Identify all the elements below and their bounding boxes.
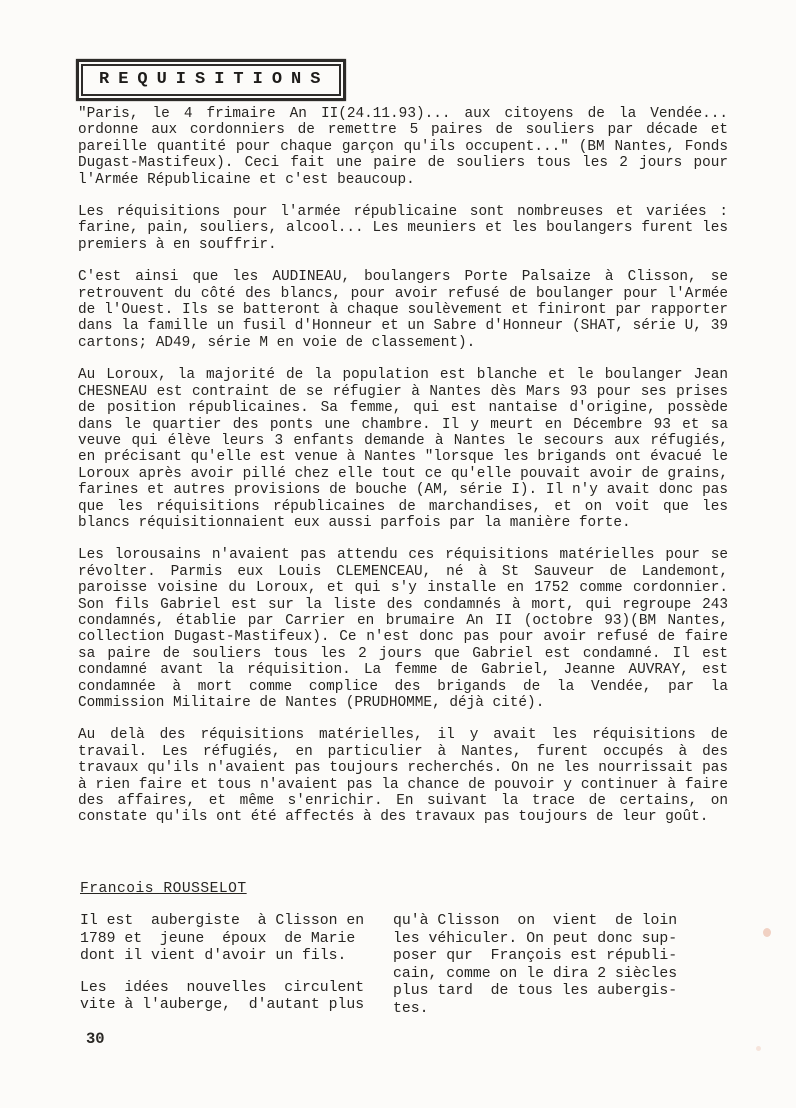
left-column-paragraph-1: Il est aubergiste à Clisson en 1789 et j… <box>80 913 376 966</box>
scan-speck <box>763 928 771 937</box>
paragraph-chesneau-loroux: Au Loroux, la majorité de la population … <box>78 367 728 531</box>
rousselot-section: Francois ROUSSELOT Il est aubergiste à C… <box>80 881 730 1033</box>
right-column-paragraph-1: qu'à Clisson on vient de loin les véhicu… <box>393 913 693 1019</box>
title-box: REQUISITIONS <box>76 59 346 101</box>
paragraph-audineau: C'est ainsi que les AUDINEAU, boulangers… <box>78 269 728 351</box>
right-column: qu'à Clisson on vient de loin les véhicu… <box>393 913 693 1033</box>
two-column-text: Il est aubergiste à Clisson en 1789 et j… <box>80 913 730 1033</box>
left-column-paragraph-2: Les idées nouvelles circulent vite à l'a… <box>80 980 376 1015</box>
paragraph-quote-paris: "Paris, le 4 frimaire An II(24.11.93)...… <box>78 106 728 188</box>
page-title: REQUISITIONS <box>99 70 329 89</box>
body-text: "Paris, le 4 frimaire An II(24.11.93)...… <box>78 106 728 842</box>
section-heading-rousselot: Francois ROUSSELOT <box>80 881 730 897</box>
page-number: 30 <box>86 1030 105 1048</box>
paragraph-requisitions-armee: Les réquisitions pour l'armée républicai… <box>78 204 728 253</box>
left-column: Il est aubergiste à Clisson en 1789 et j… <box>80 913 376 1033</box>
scan-speck <box>756 1046 761 1051</box>
title-box-inner-border: REQUISITIONS <box>81 64 341 96</box>
paragraph-requisitions-travail: Au delà des réquisitions matérielles, il… <box>78 727 728 825</box>
paragraph-clemenceau: Les lorousains n'avaient pas attendu ces… <box>78 547 728 711</box>
document-page: REQUISITIONS "Paris, le 4 frimaire An II… <box>0 0 796 1108</box>
